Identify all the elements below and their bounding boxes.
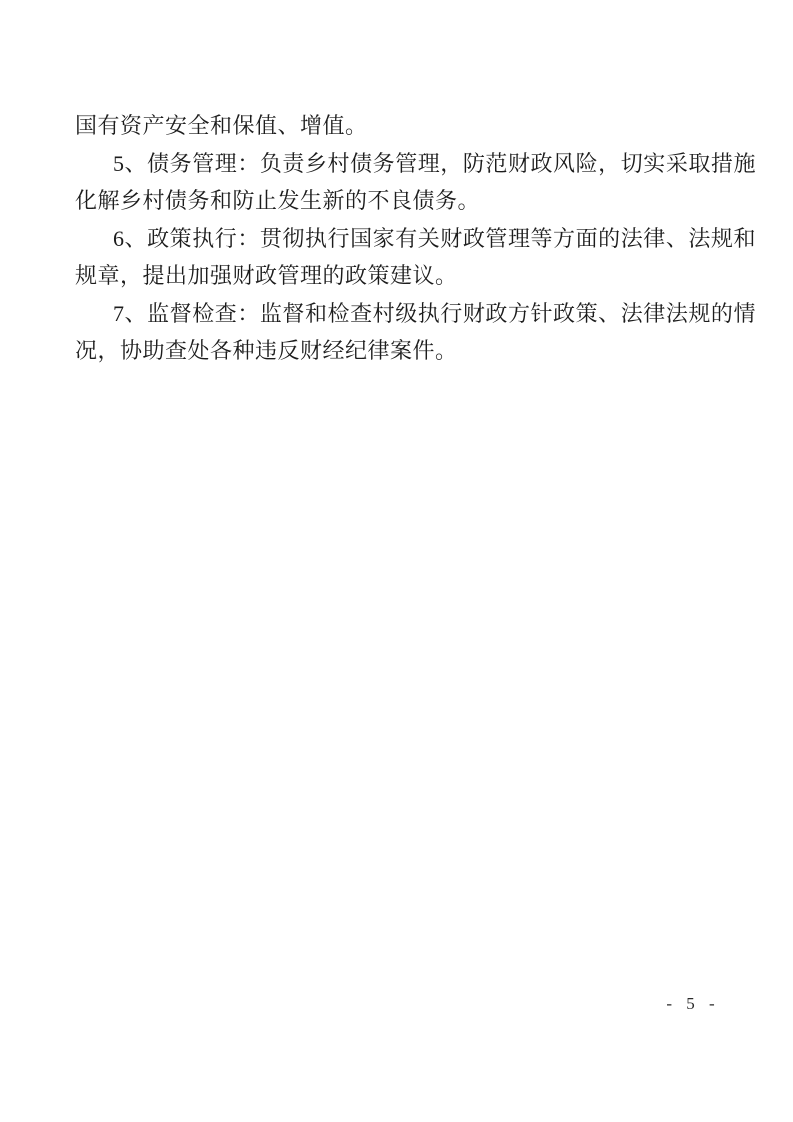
page-number: - 5 - [660, 993, 726, 1015]
text-line: 化解乡村债务和防止发生新的不良债务。 [75, 182, 756, 220]
text-line-item-6-policy-execution: 6、政策执行：贯彻执行国家有关财政管理等方面的法律、法规和 [75, 220, 756, 258]
text-line-item-5-debt-management: 5、债务管理：负责乡村债务管理，防范财政风险，切实采取措施 [75, 145, 756, 183]
document-page: 国有资产安全和保值、增值。 5、债务管理：负责乡村债务管理，防范财政风险，切实采… [0, 0, 793, 1122]
text-line: 国有资产安全和保值、增值。 [75, 107, 756, 145]
text-line: 规章，提出加强财政管理的政策建议。 [75, 257, 756, 295]
text-line: 况，协助查处各种违反财经纪律案件。 [75, 332, 756, 370]
text-line-item-7-supervision-inspection: 7、监督检查：监督和检查村级执行财政方针政策、法律法规的情 [75, 295, 756, 333]
document-body: 国有资产安全和保值、增值。 5、债务管理：负责乡村债务管理，防范财政风险，切实采… [75, 107, 756, 370]
